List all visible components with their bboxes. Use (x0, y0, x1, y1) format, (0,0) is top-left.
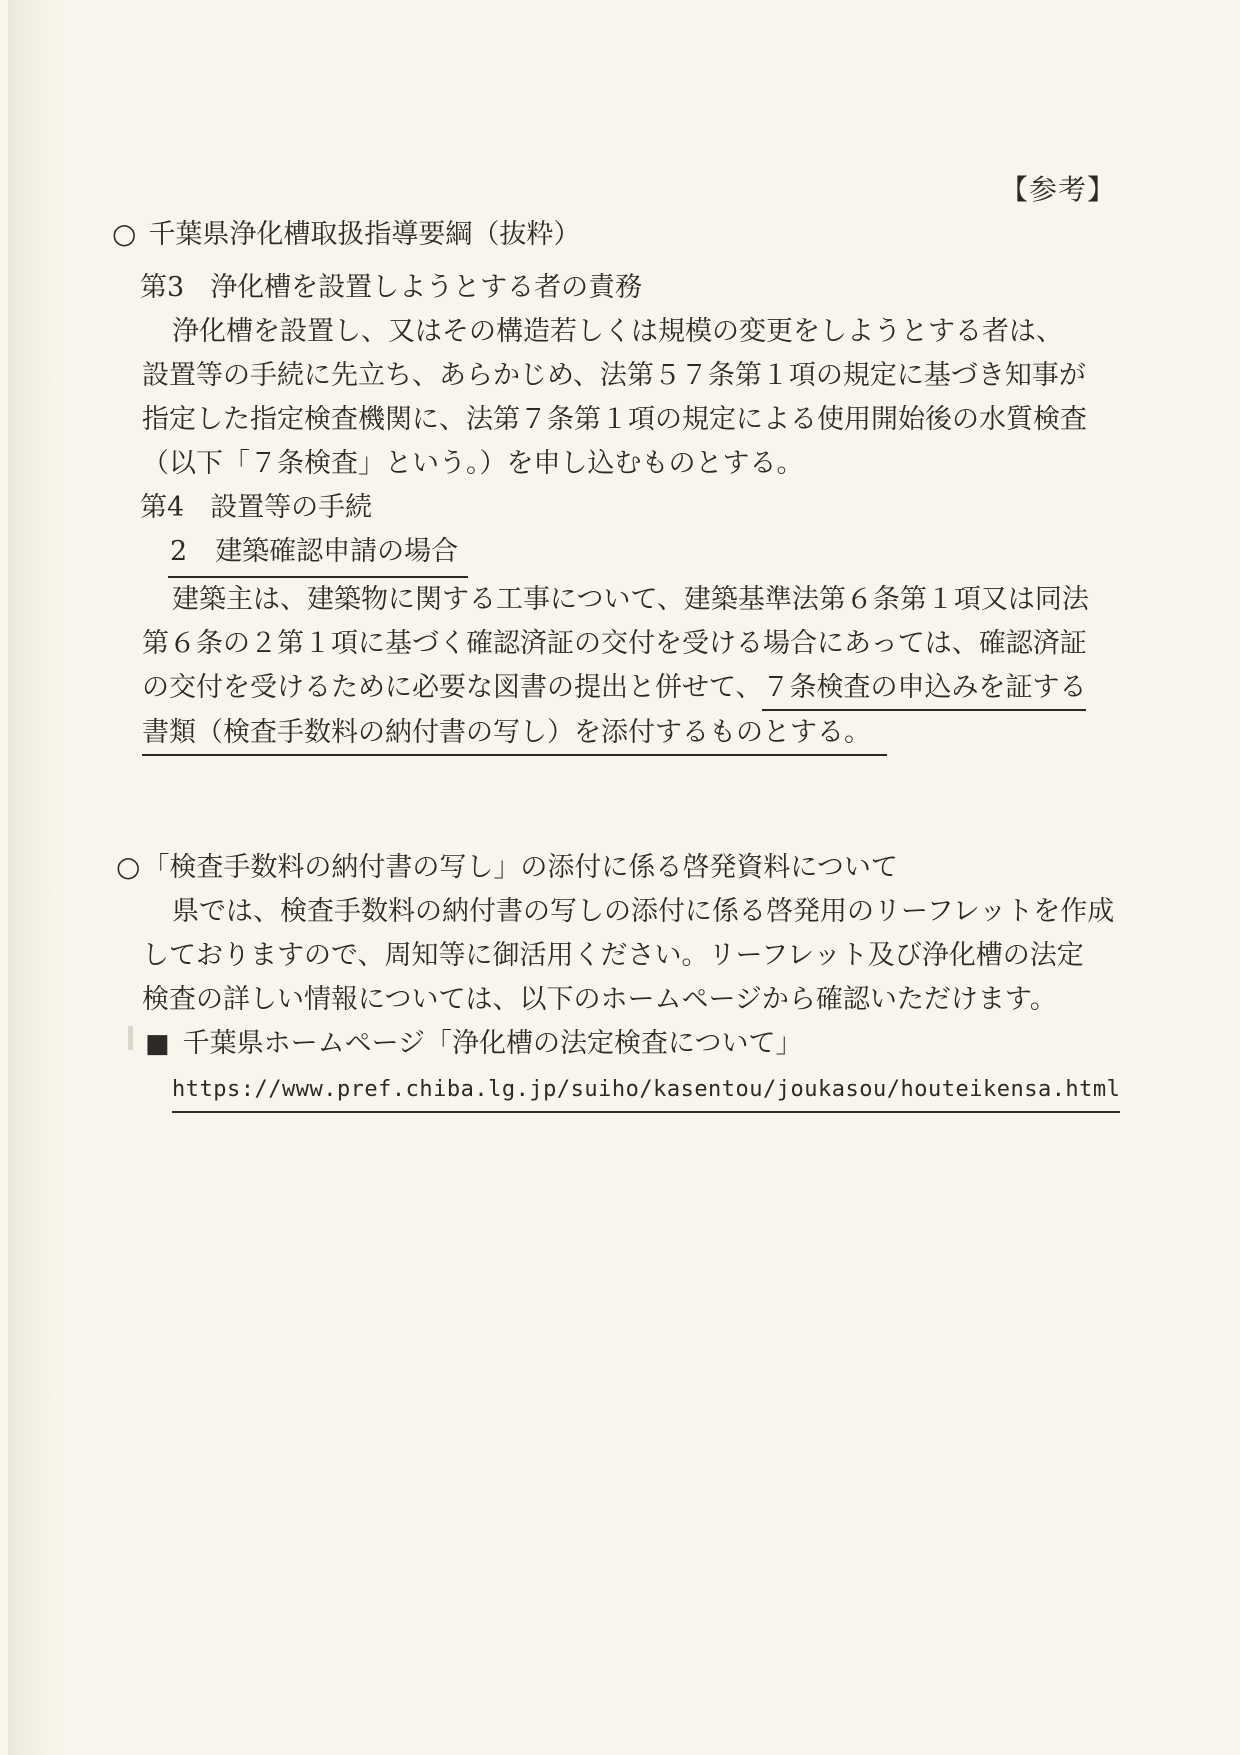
article4-line3-normal: の交付を受けるために必要な図書の提出と併せて、 (142, 672, 762, 703)
homepage-reference-line: ■千葉県ホームページ「浄化槽の法定検査について」 (145, 1022, 1240, 1066)
article4-number: 第4 (140, 486, 184, 530)
section1-title: 千葉県浄化槽取扱指導要綱（抜粋） (148, 219, 580, 250)
article4-sub2-underlined: 2建築確認申請の場合 (168, 530, 468, 578)
article4-paragraph-line: の交付を受けるために必要な図書の提出と併せて、７条検査の申込みを証する (142, 666, 1102, 711)
article3-paragraph-line: 浄化槽を設置し、又はその構造若しくは規模の変更をしようとする者は、 (142, 310, 1102, 354)
section2-paragraph-line: 検査の詳しい情報については、以下のホームページから確認いただけます。 (142, 978, 1102, 1022)
article4-paragraph-line: 書類（検査手数料の納付書の写し）を添付するものとする。 (142, 711, 1102, 756)
article4-heading: 第4設置等の手続 (140, 486, 1240, 530)
article4-sub2-heading: 2建築確認申請の場合 (168, 530, 1240, 578)
article4-line4-underlined: 書類（検査手数料の納付書の写し）を添付するものとする。 (142, 714, 887, 756)
circle-bullet-icon: ○ (116, 845, 140, 889)
article4-line3-underlined: ７条検査の申込みを証する (762, 669, 1086, 711)
article4-title: 設置等の手続 (210, 492, 372, 523)
article3-paragraph-line: 設置等の手続に先立ち、あらかじめ、法第５７条第１項の規定に基づき知事が (142, 354, 1102, 398)
homepage-url-link[interactable]: https://www.pref.chiba.lg.jp/suiho/kasen… (172, 1072, 1120, 1113)
homepage-url-line: https://www.pref.chiba.lg.jp/suiho/kasen… (172, 1066, 1240, 1113)
article4-sub2-title: 建築確認申請の場合 (215, 536, 458, 567)
reference-label: 【参考】 (1000, 168, 1116, 208)
article3-paragraph-line: 指定した指定検査機関に、法第７条第１項の規定による使用開始後の水質検査 (142, 398, 1102, 442)
homepage-label: 千葉県ホームページ「浄化槽の法定検査について」 (183, 1028, 803, 1059)
section2-title-line: ○「検査手数料の納付書の写し」の添付に係る啓発資料について (116, 845, 1240, 890)
article4-paragraph-line: 第６条の２第１項に基づく確認済証の交付を受ける場合にあっては、確認済証 (142, 622, 1102, 666)
section1-title-line: ○千葉県浄化槽取扱指導要綱（抜粋） (112, 212, 1240, 257)
section2-title: 「検査手数料の納付書の写し」の添付に係る啓発資料について (142, 852, 897, 883)
section-ordinance-excerpt: ○千葉県浄化槽取扱指導要綱（抜粋） 第3浄化槽を設置しようとする者の責務 浄化槽… (0, 212, 1240, 756)
section-awareness-materials: ○「検査手数料の納付書の写し」の添付に係る啓発資料について 県では、検査手数料の… (0, 845, 1240, 1113)
article3-title: 浄化槽を設置しようとする者の責務 (210, 272, 642, 303)
article4-paragraph-line: 建築主は、建築物に関する工事について、建築基準法第６条第１項又は同法 (142, 578, 1102, 622)
circle-bullet-icon: ○ (112, 212, 136, 256)
article3-heading: 第3浄化槽を設置しようとする者の責務 (140, 266, 1240, 310)
square-bullet-icon: ■ (145, 1022, 170, 1066)
article3-number: 第3 (140, 266, 184, 310)
article4-sub2-number: 2 (170, 530, 187, 574)
article3-paragraph-line: （以下「７条検査」という。）を申し込むものとする。 (142, 442, 1102, 486)
section2-paragraph-line: 県では、検査手数料の納付書の写しの添付に係る啓発用のリーフレットを作成 (142, 890, 1102, 934)
section2-paragraph-line: しておりますので、周知等に御活用ください。リーフレット及び浄化槽の法定 (142, 934, 1102, 978)
scanned-document-page: 【参考】 ○千葉県浄化槽取扱指導要綱（抜粋） 第3浄化槽を設置しようとする者の責… (0, 0, 1240, 1755)
